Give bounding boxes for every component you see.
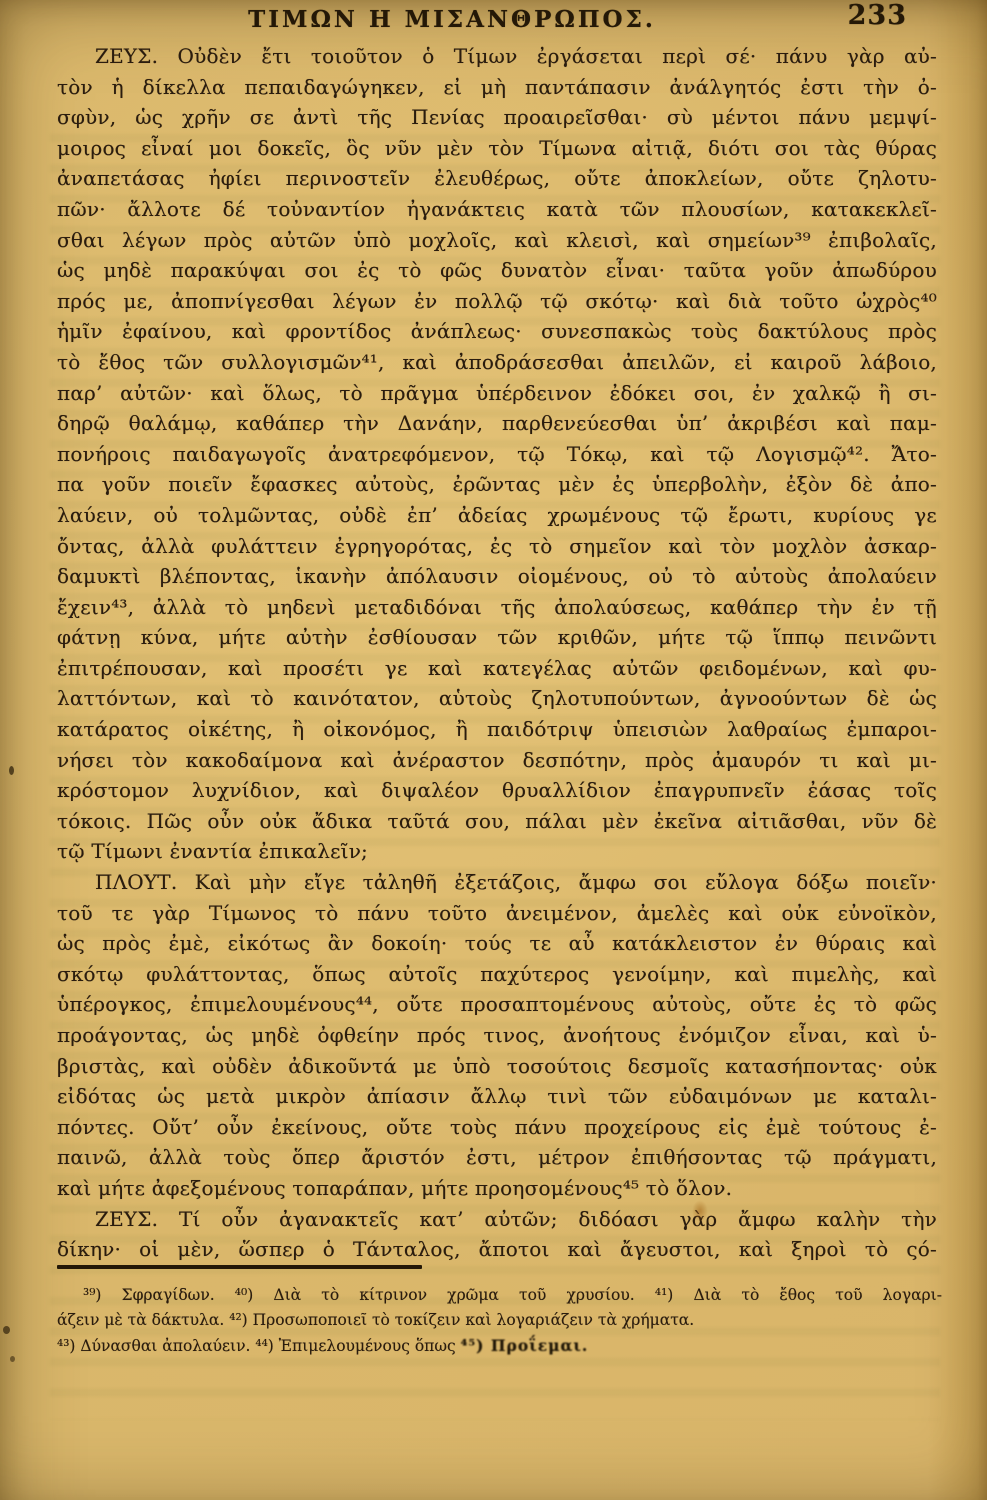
text-line: μοιρος εἶναί μοι δοκεῖς, ὃς νῦν μὲν τὸν … xyxy=(57,133,937,164)
text-line: δίκην· οἱ μὲν, ὥσπερ ὁ Τάνταλος, ἄποτοι … xyxy=(57,1234,937,1265)
text-line: φάτνῃ κύνα, μήτε αὐτὴν ἐσθίουσαν τῶν κρι… xyxy=(57,622,937,653)
paper-stain xyxy=(692,1200,708,1222)
text-line: ὡς μηδὲ παρακύψαι σοι ἐς τὸ φῶς δυνατὸν … xyxy=(57,255,937,286)
footnote-text: ³⁹) Σφραγίδων. ⁴⁰) Διὰ τὸ κίτρινον χρῶμα… xyxy=(83,1286,942,1304)
text-line: παρ’ αὐτῶν· καὶ ὅλως, τὸ πρᾶγμα ὑπέρδειν… xyxy=(57,378,937,409)
smudged-text: ⁴⁵) Προΐεμαι. xyxy=(461,1336,589,1355)
text-line: ΖΕΥΣ. Οὐδὲν ἔτι τοιοῦτον ὁ Τίμων ἐργάσετ… xyxy=(57,41,937,72)
text-line: ἔχειν⁴³, ἀλλὰ τὸ μηδενὶ μεταδιδόναι τῆς … xyxy=(57,592,937,623)
text-line: τόκοις. Πῶς οὖν οὐκ ἄδικα ταῦτά σου, πάλ… xyxy=(57,806,937,837)
body-text-block: ΖΕΥΣ. Οὐδὲν ἔτι τοιοῦτον ὁ Τίμων ἐργάσετ… xyxy=(57,41,937,1265)
text-line: πῶν· ἄλλοτε δέ τοὐναντίον ἠγανάκτεις κατ… xyxy=(57,194,937,225)
ink-speck xyxy=(3,1326,10,1334)
text-line: λαύειν, οὐ τολμῶντας, οὐδὲ ἐπ’ ἀδείας χρ… xyxy=(57,500,937,531)
text-line: σφὺν, ὡς χρῆν σε ἀντὶ τῆς Πενίας προαιρε… xyxy=(57,102,937,133)
footnote-line: ⁴³) Δύνασθαι ἀπολαύειν. ⁴⁴) Ἐπιμελουμένο… xyxy=(57,1333,942,1358)
text-line: κρόστομον λυχνίδιον, καὶ διψαλέον θρυαλλ… xyxy=(57,775,937,806)
running-header-title: ΤΙΜΩΝ Η ΜΙΣΑΝΘΡΩΠΟΣ. xyxy=(57,6,847,33)
footnote-line: άζειν μὲ τὰ δάκτυλα. ⁴²) Προσωποποιεῖ τὸ… xyxy=(57,1308,942,1333)
text-line: σθαι λέγων πρὸς αὐτῶν ὑπὸ μοχλοῖς, καὶ κ… xyxy=(57,225,937,256)
ink-speck xyxy=(9,766,14,775)
text-line: δαμυκτὶ βλέποντας, ἱκανὴν ἀπόλαυσιν οἰομ… xyxy=(57,561,937,592)
book-page-scan: ΤΙΜΩΝ Η ΜΙΣΑΝΘΡΩΠΟΣ. 233 ΖΕΥΣ. Οὐδὲν ἔτι… xyxy=(0,0,987,1500)
text-line: παινῶ, ἀλλὰ τοὺς ὅπερ ἄριστόν ἐστι, μέτρ… xyxy=(57,1142,937,1173)
text-line: πρός με, ἀποπνίγεσθαι λέγων ἐν πολλῷ τῷ … xyxy=(57,286,937,317)
text-line: σκότῳ φυλάττοντας, ὅπως αὐτοῖς παχύτερος… xyxy=(57,959,937,990)
text-line: βριστὰς, καὶ οὐδὲν ἀδικοῦντά με ὑπὸ τοσο… xyxy=(57,1051,937,1082)
text-line: πονήροις παιδαγωγοῖς ἀνατρεφόμενον, τῷ Τ… xyxy=(57,439,937,470)
text-line: ἐπιτρέπουσαν, καὶ προσέτι γε καὶ κατεγέλ… xyxy=(57,653,937,684)
footnotes-block: ³⁹) Σφραγίδων. ⁴⁰) Διὰ τὸ κίτρινον χρῶμα… xyxy=(57,1283,942,1358)
text-line: πα γοῦν ποιεῖν ἔφασκες αὐτοὺς, ἐρῶντας μ… xyxy=(57,469,937,500)
footnote-text: ⁴³) Δύνασθαι ἀπολαύειν. ⁴⁴) Ἐπιμελουμένο… xyxy=(57,1337,461,1355)
text-line: καὶ μήτε ἀφεξομένους τοπαράπαν, μήτε προ… xyxy=(57,1173,937,1204)
text-line: τὸ ἔθος τῶν συλλογισμῶν⁴¹, καὶ ἀποδράσεσ… xyxy=(57,347,937,378)
text-line: λαττόντων, καὶ τὸ καινότατον, αὑτοὺς ζηλ… xyxy=(57,683,937,714)
text-line: ΖΕΥΣ. Τί οὖν ἀγανακτεῖς κατ’ αὐτῶν; διδό… xyxy=(57,1204,937,1235)
text-line: ΠΛΟΥΤ. Καὶ μὴν εἴγε τἀληθῆ ἐξετάζοις, ἄμ… xyxy=(57,867,937,898)
footnote-text: άζειν μὲ τὰ δάκτυλα. ⁴²) Προσωποποιεῖ τὸ… xyxy=(57,1311,694,1329)
page-number: 233 xyxy=(848,0,907,31)
ink-speck xyxy=(10,1356,15,1362)
text-line: ἡμῖν ἐφαίνου, καὶ φροντίδος ἀνάπλεως· συ… xyxy=(57,316,937,347)
text-line: τοῦ τε γὰρ Τίμωνος τὸ πάνυ τοῦτο ἀνειμέν… xyxy=(57,898,937,929)
text-line: νήσει τὸν κακοδαίμονα καὶ ἀνέραστον δεσπ… xyxy=(57,745,937,776)
text-line: ὑπέρογκος, ἐπιμελουμένους⁴⁴, οὔτε προσαπ… xyxy=(57,989,937,1020)
text-line: προάγοντας, ὡς μηδὲ ὀφθείην πρός τινος, … xyxy=(57,1020,937,1051)
footnote-line: ³⁹) Σφραγίδων. ⁴⁰) Διὰ τὸ κίτρινον χρῶμα… xyxy=(57,1283,942,1308)
text-line: ἀναπετάσας ἠφίει περινοστεῖν ἐλευθέρως, … xyxy=(57,163,937,194)
text-line: τῷ Τίμωνι ἐναντία ἐπικαλεῖν; xyxy=(57,836,937,867)
text-line: ὡς πρὸς ἐμὲ, εἰκότως ἂν δοκοίη· τούς τε … xyxy=(57,928,937,959)
text-line: τὸν ἡ δίκελλα πεπαιδαγώγηκεν, εἰ μὴ παντ… xyxy=(57,72,937,103)
text-line: πόντες. Οὔτ’ οὖν ἐκείνους, οὔτε τοὺς πάν… xyxy=(57,1112,937,1143)
text-line: εἰδότας ὡς μετὰ μικρὸν ἀπίασιν ἄλλῳ τινὶ… xyxy=(57,1081,937,1112)
text-line: ὄντας, ἀλλὰ φυλάττειν ἐγρηγορότας, ἐς τὸ… xyxy=(57,531,937,562)
text-line: δηρῷ θαλάμῳ, καθάπερ τὴν Δανάην, παρθενε… xyxy=(57,408,937,439)
footnote-separator-rule xyxy=(57,1265,422,1269)
text-line: κατάρατος οἰκέτης, ἢ οἰκονόμος, ἢ παιδότ… xyxy=(57,714,937,745)
